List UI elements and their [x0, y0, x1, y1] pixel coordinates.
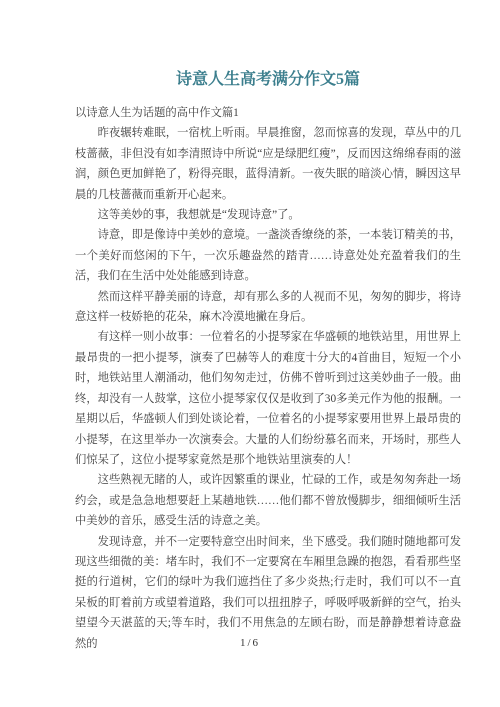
paragraph: 诗意，即是像诗中美妙的意境。一盏淡香缭绕的茶，一本装订精美的书，一个美好而悠闲的… [75, 225, 461, 286]
paragraph: 有这样一则小故事：一位着名的小提琴家在华盛顿的地铁站里，用世界上最昂贵的一把小提… [75, 327, 461, 470]
paragraph: 这些熟视无睹的人，或许因繁重的课业，忙碌的工作，或是匆匆奔赴一场约会，或是急急地… [75, 470, 461, 531]
page-title: 诗意人生高考满分作文5篇 [75, 70, 461, 90]
document-content: 诗意人生高考满分作文5篇 以诗意人生为话题的高中作文篇1 昨夜辗转难眠，一宿枕上… [75, 70, 461, 654]
paragraph-list: 昨夜辗转难眠，一宿枕上听雨。早晨推窗，忽而惊喜的发现，草丛中的几枝蔷薇，非但没有… [75, 123, 461, 654]
paragraph: 这等美妙的事，我想就是“发现诗意”了。 [75, 205, 461, 225]
document-page: 诗意人生高考满分作文5篇 以诗意人生为话题的高中作文篇1 昨夜辗转难眠，一宿枕上… [0, 0, 500, 707]
essay-body: 以诗意人生为话题的高中作文篇1 昨夜辗转难眠，一宿枕上听雨。早晨推窗，忽而惊喜的… [75, 103, 461, 654]
paragraph: 昨夜辗转难眠，一宿枕上听雨。早晨推窗，忽而惊喜的发现，草丛中的几枝蔷薇，非但没有… [75, 123, 461, 205]
paragraph: 然而这样平静美丽的诗意，却有那么多的人视而不见，匆匆的脚步，将诗意这样一枝娇艳的… [75, 287, 461, 328]
page-number: 1/6 [0, 637, 500, 649]
essay-subtitle: 以诗意人生为话题的高中作文篇1 [75, 103, 461, 123]
paragraph: 发现诗意，并不一定要特意空出时间来，坐下感受。我们随时随地都可发现这些细微的美：… [75, 532, 461, 654]
